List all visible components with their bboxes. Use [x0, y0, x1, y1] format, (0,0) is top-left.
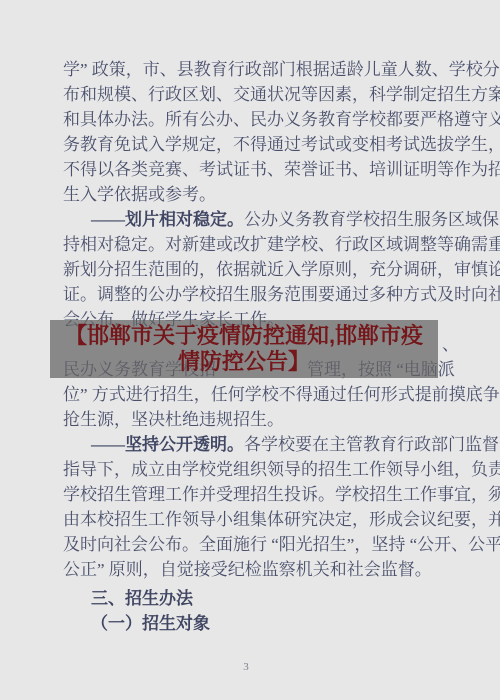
text-line: 位” 方式进行招生，任何学校不得通过任何形式提前摸底争: [63, 382, 442, 407]
text-line: 指导下，成立由学校党组织领导的招生工作领导小组，负责: [63, 457, 442, 482]
text-line: 公正” 原则，自觉接受纪检监察机关和社会监督。: [63, 557, 442, 582]
text-line: 持相对稳定。对新建或改扩建学校、行政区域调整等确需重: [63, 232, 442, 257]
text-line: 学校招生管理工作并受理招生投诉。学校招生工作事宜，须: [63, 482, 442, 507]
emphasis-text: 三、招生办法: [91, 589, 193, 608]
body-text: 公正” 原则，自觉接受纪检监察机关和社会监督。: [63, 560, 432, 579]
watermark-title-line2: 情防控公告】: [50, 349, 438, 375]
text-line: ——划片相对稳定。公办义务教育学校招生服务区域保: [63, 207, 442, 232]
text-line: 布和规模、行政区划、交通状况等因素，科学制定招生方案: [63, 82, 442, 107]
body-text: 生入学依据或参考。: [63, 185, 216, 204]
text-line: 务教育免试入学规定，不得通过考试或变相考试选拔学生，: [63, 132, 442, 157]
body-text: 证。调整的公办学校招生服务范围要通过多种方式及时向社: [63, 285, 500, 304]
text-line: 不得以各类竞赛、考试证书、荣誉证书、培训证明等作为招: [63, 157, 442, 182]
text-line: （一）招生对象: [63, 611, 442, 636]
body-text: 务教育免试入学规定，不得通过考试或变相考试选拔学生，: [63, 135, 500, 154]
body-text: 由本校招生工作领导小组集体研究决定，形成会议纪要，并: [63, 510, 500, 529]
body-text: 布和规模、行政区划、交通状况等因素，科学制定招生方案: [63, 85, 500, 104]
emphasis-text: （一）招生对象: [91, 614, 210, 633]
text-line: ——坚持公开透明。各学校要在主管教育行政部门监督: [63, 432, 442, 457]
document-body-text: 学” 政策，市、县教育行政部门根据适龄儿童人数、学校分布和规模、行政区划、交通状…: [0, 0, 500, 636]
body-text: 公办义务教育学校招生服务区域保: [244, 210, 499, 229]
body-text: 位” 方式进行招生，任何学校不得通过任何形式提前摸底争: [63, 385, 500, 404]
body-text: 学” 政策，市、县教育行政部门根据适龄儿童人数、学校分: [63, 60, 500, 79]
text-line: 生入学依据或参考。: [63, 182, 442, 207]
body-text: 持相对稳定。对新建或改扩建学校、行政区域调整等确需重: [63, 235, 500, 254]
text-line: 及时向社会公布。全面施行 “阳光招生”，坚持 “公开、公平、: [63, 532, 442, 557]
text-line: 学” 政策，市、县教育行政部门根据适龄儿童人数、学校分: [63, 57, 442, 82]
text-line: 三、招生办法: [63, 586, 442, 611]
text-line: 新划分招生范围的，依据就近入学原则，充分调研，审慎论: [63, 257, 442, 282]
emphasis-text: ——坚持公开透明。: [91, 435, 244, 454]
body-text: 抢生源，坚决杜绝违规招生。: [63, 410, 284, 429]
body-text: 学校招生管理工作并受理招生投诉。学校招生工作事宜，须: [63, 485, 500, 504]
body-text: 新划分招生范围的，依据就近入学原则，充分调研，审慎论: [63, 260, 500, 279]
text-line: 和具体办法。所有公办、民办义务教育学校都要严格遵守义: [63, 107, 442, 132]
body-text: 、: [442, 335, 459, 354]
body-text: 和具体办法。所有公办、民办义务教育学校都要严格遵守义: [63, 110, 500, 129]
body-text: 及时向社会公布。全面施行 “阳光招生”，坚持 “公开、公平、: [63, 535, 500, 554]
watermark-overlay: 【邯郸市关于疫情防控通知,邯郸市疫 情防控公告】: [50, 320, 438, 378]
body-text: 各学校要在主管教育行政部门监督: [244, 435, 499, 454]
text-line: 证。调整的公办学校招生服务范围要通过多种方式及时向社: [63, 282, 442, 307]
text-line: 抢生源，坚决杜绝违规招生。: [63, 407, 442, 432]
text-line: 由本校招生工作领导小组集体研究决定，形成会议纪要，并: [63, 507, 442, 532]
page-number: 3: [236, 661, 256, 673]
body-text: 不得以各类竞赛、考试证书、荣誉证书、培训证明等作为招: [63, 160, 500, 179]
emphasis-text: ——划片相对稳定。: [91, 210, 244, 229]
watermark-title-line1: 【邯郸市关于疫情防控通知,邯郸市疫: [50, 323, 438, 349]
scanned-document-page: 学” 政策，市、县教育行政部门根据适龄儿童人数、学校分布和规模、行政区划、交通状…: [0, 0, 500, 700]
body-text: 指导下，成立由学校党组织领导的招生工作领导小组，负责: [63, 460, 500, 479]
